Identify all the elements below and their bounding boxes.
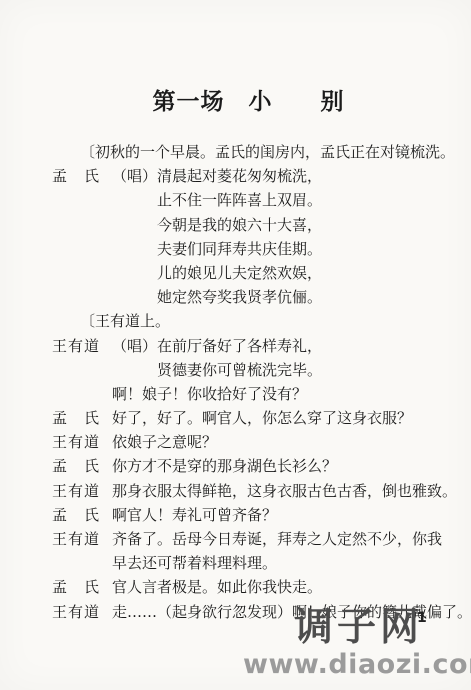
line-text: 今朝是我的娘六十大喜，: [157, 213, 322, 237]
script-line: 孟 氏好了，好了。啊官人，你怎么穿了这身衣服？: [0, 406, 471, 430]
script-line: 王有道（唱）在前厅备好了各样寿礼，: [0, 334, 471, 358]
speaker-name: 王有道: [52, 430, 100, 454]
speaker-name: 王有道: [52, 479, 100, 503]
scanned-script-page: 第一场 小 别 〔初秋的一个早晨。孟氏的闺房内，孟氏正在对镜梳洗。孟 氏（唱）清…: [0, 0, 471, 690]
speaker-name: 王有道: [52, 600, 100, 624]
line-text: 齐备了。岳母今日寿诞，拜寿之人定然不少，你我: [112, 527, 442, 551]
speaker-name: 王有道: [52, 527, 100, 551]
script-line: 王有道齐备了。岳母今日寿诞，拜寿之人定然不少，你我: [0, 527, 471, 551]
page-number: 1: [417, 610, 427, 626]
script-line: 孟 氏啊官人！寿礼可曾齐备？: [0, 503, 471, 527]
speaker-name: 孟 氏: [52, 454, 100, 478]
script-line: 〔初秋的一个早晨。孟氏的闺房内，孟氏正在对镜梳洗。: [0, 140, 471, 164]
script-line: 王有道依娘子之意呢？: [0, 430, 471, 454]
script-line: 孟 氏（唱）清晨起对菱花匆匆梳洗，: [0, 164, 471, 188]
watermark-site-name: 调子网: [294, 608, 423, 647]
script-body: 〔初秋的一个早晨。孟氏的闺房内，孟氏正在对镜梳洗。孟 氏（唱）清晨起对菱花匆匆梳…: [0, 140, 471, 624]
script-line: 孟 氏你方才不是穿的那身湖色长衫么？: [0, 454, 471, 478]
script-line: 啊！娘子！你收拾好了没有？: [0, 382, 471, 406]
line-text: 依娘子之意呢？: [112, 430, 217, 454]
line-text: 夫妻们同拜寿共庆佳期。: [157, 237, 322, 261]
watermark-site-url: www.diaozi.com: [243, 651, 471, 678]
script-line: 王有道那身衣服太得鲜艳，这身衣服古色古香，倒也雅致。: [0, 479, 471, 503]
speaker-name: 王有道: [52, 334, 100, 358]
script-line: 她定然夸奖我贤孝伉俪。: [0, 285, 471, 309]
line-text: 官人言者极是。如此你我快走。: [112, 575, 322, 599]
line-text: 啊！娘子！你收拾好了没有？: [112, 382, 307, 406]
speaker-name: 孟 氏: [52, 503, 100, 527]
script-line: 贤德妻你可曾梳洗完毕。: [0, 358, 471, 382]
line-text: （唱）清晨起对菱花匆匆梳洗，: [112, 164, 322, 188]
line-text: 你方才不是穿的那身湖色长衫么？: [112, 454, 337, 478]
speaker-name: 孟 氏: [52, 164, 100, 188]
page-title: 第一场 小 别: [0, 83, 471, 116]
line-text: 啊官人！寿礼可曾齐备？: [112, 503, 277, 527]
line-text: 〔王有道上。: [80, 309, 170, 333]
line-text: 早去还可帮着料理料理。: [112, 551, 277, 575]
line-text: 那身衣服太得鲜艳，这身衣服古色古香，倒也雅致。: [112, 479, 457, 503]
script-line: 儿的娘见儿夫定然欢娱，: [0, 261, 471, 285]
line-text: 儿的娘见儿夫定然欢娱，: [157, 261, 322, 285]
speaker-name: 孟 氏: [52, 406, 100, 430]
speaker-name: 孟 氏: [52, 575, 100, 599]
line-text: 止不住一阵阵喜上双眉。: [157, 188, 322, 212]
script-line: 早去还可帮着料理料理。: [0, 551, 471, 575]
script-line: 夫妻们同拜寿共庆佳期。: [0, 237, 471, 261]
line-text: 好了，好了。啊官人，你怎么穿了这身衣服？: [112, 406, 412, 430]
line-text: （唱）在前厅备好了各样寿礼，: [112, 334, 322, 358]
script-line: 止不住一阵阵喜上双眉。: [0, 188, 471, 212]
line-text: 贤德妻你可曾梳洗完毕。: [157, 358, 322, 382]
script-line: 孟 氏官人言者极是。如此你我快走。: [0, 575, 471, 599]
script-line: 今朝是我的娘六十大喜，: [0, 213, 471, 237]
script-line: 〔王有道上。: [0, 309, 471, 333]
line-text: 她定然夸奖我贤孝伉俪。: [157, 285, 322, 309]
line-text: 〔初秋的一个早晨。孟氏的闺房内，孟氏正在对镜梳洗。: [80, 140, 455, 164]
